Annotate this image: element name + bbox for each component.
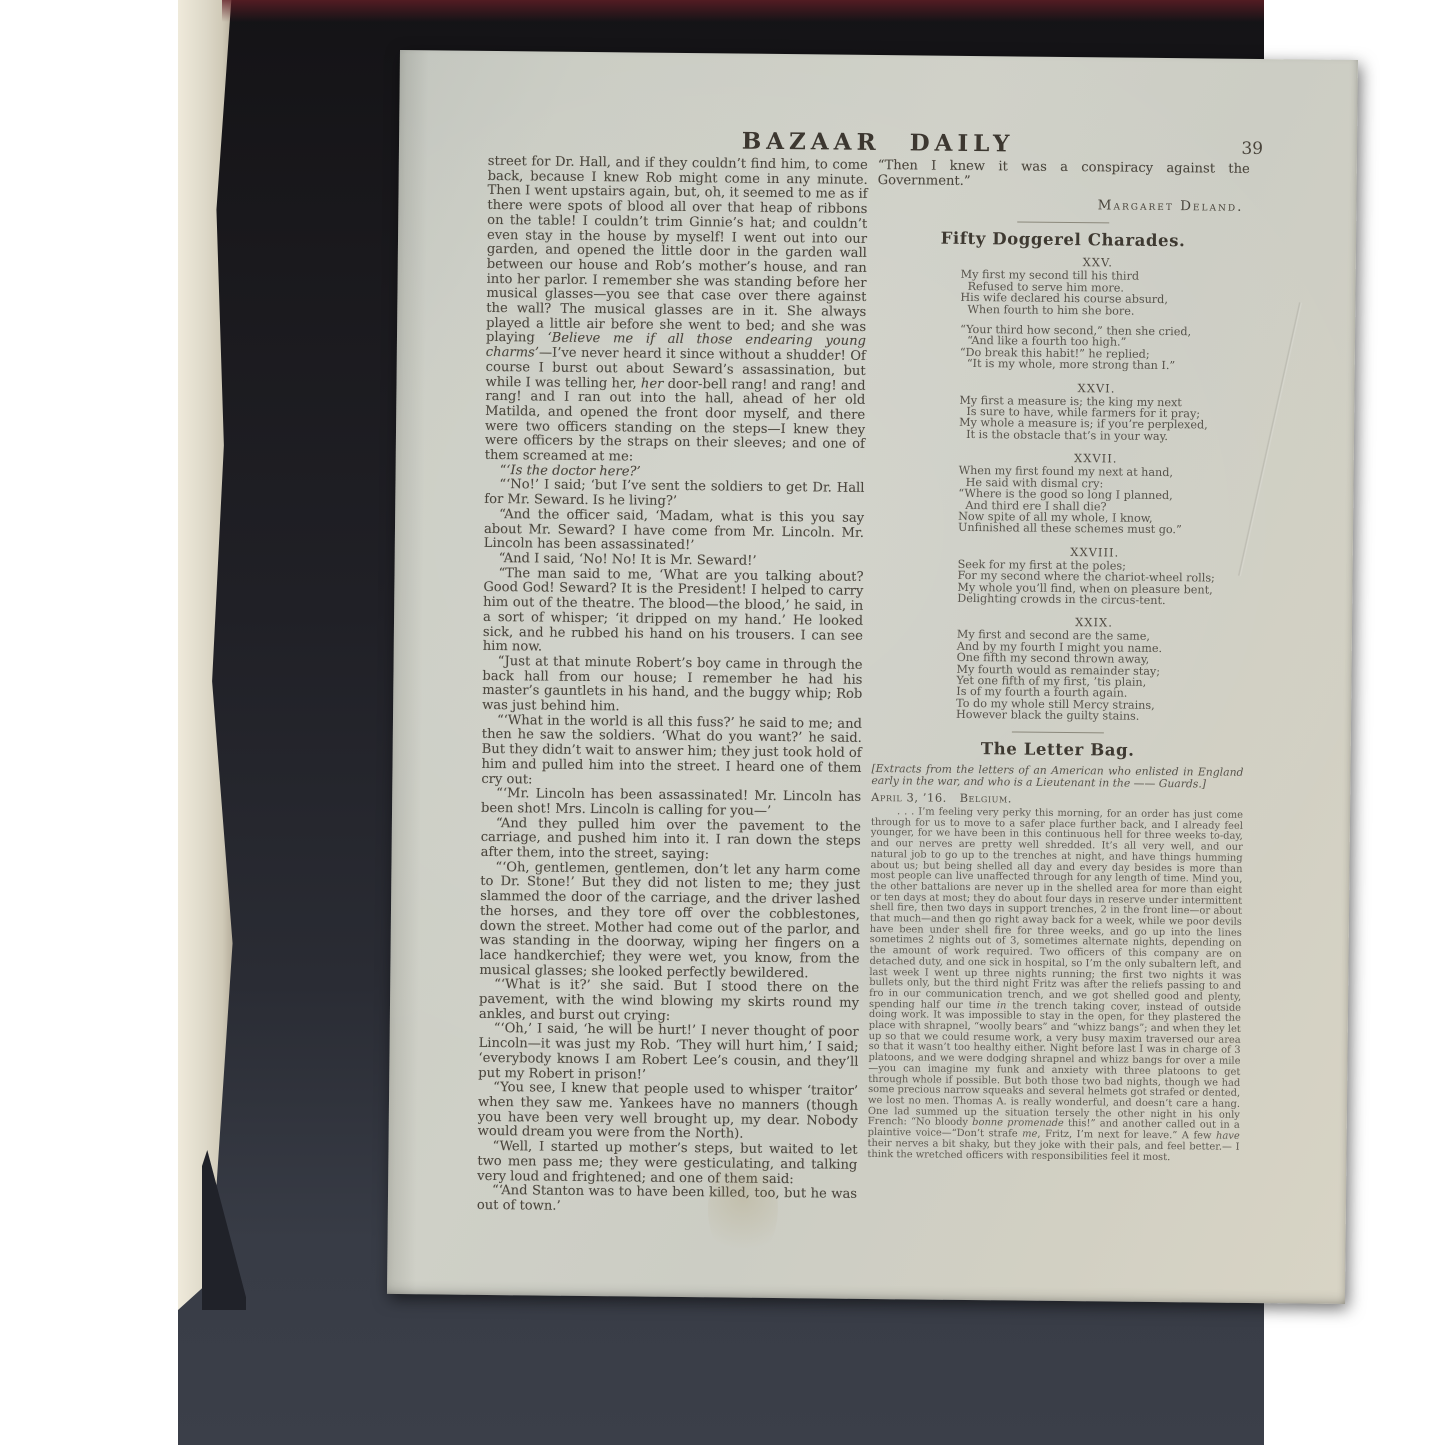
- letter-dateline: April 3, ’16. Belgium.: [871, 790, 1243, 808]
- story-paragraph: street for Dr. Hall, and if they couldn’…: [485, 155, 868, 468]
- letter-intro: [Extracts from the letters of an America…: [871, 763, 1243, 791]
- story-paragraph: “Just at that minute Robert’s boy came i…: [482, 655, 863, 718]
- charade-xxvii: XXVII.When my first found my next at han…: [874, 449, 1247, 536]
- verse-line: Unfinished all these schemes must go.”: [958, 522, 1246, 536]
- charades-heading: Fifty Doggerel Charades.: [877, 228, 1249, 251]
- charade-stanza: Seek for my first at the poles;For my se…: [957, 559, 1245, 608]
- verse-line: “It is my whole, more strong than I.”: [960, 358, 1248, 372]
- story-paragraph: “‘Oh,’ I said, ‘he will be hurt!’ I neve…: [478, 1022, 859, 1085]
- photo-background: BAZAAR DAILY 39 street for Dr. Hall, and…: [178, 0, 1264, 1445]
- story-paragraph: “And the officer said, ‘Madam, what is t…: [484, 508, 864, 556]
- charade-stanza: “Your third how second,” then she cried,…: [960, 324, 1248, 373]
- author-signature: Margaret Deland.: [877, 195, 1243, 215]
- left-column: street for Dr. Hall, and if they couldn’…: [477, 155, 868, 1218]
- verse-line: However black the guilty stains.: [956, 709, 1244, 723]
- paper-stain: [707, 1153, 778, 1264]
- magazine-page: BAZAAR DAILY 39 street for Dr. Hall, and…: [387, 50, 1358, 1304]
- story-paragraph: “Well, I started up mother’s steps, but …: [477, 1140, 857, 1188]
- story-paragraph: “The man said to me, ‘What are you talki…: [483, 567, 864, 659]
- continuation-paragraph: “Then I knew it was a conspiracy against…: [878, 159, 1250, 192]
- story-paragraph: “‘What in the world is all this fuss?’ h…: [481, 714, 862, 791]
- right-column: “Then I knew it was a conspiracy against…: [867, 159, 1250, 1221]
- story-paragraph: “‘And Stanton was to have been killed, t…: [477, 1184, 857, 1217]
- charades-list: XXV.My first my second till his third Re…: [872, 253, 1249, 723]
- story-paragraph: “You see, I knew that people used to whi…: [478, 1081, 859, 1144]
- verse-line: When fourth to him she bore.: [960, 304, 1248, 318]
- section-divider: [1017, 222, 1109, 224]
- underlying-page-edge: [178, 0, 240, 1310]
- charade-stanza: My first my second till his third Refuse…: [960, 269, 1248, 318]
- story-paragraph: “And they pulled him over the pavement t…: [481, 817, 861, 865]
- charade-stanza: When my first found my next at hand, He …: [958, 465, 1247, 536]
- letter-bag-heading: The Letter Bag.: [872, 738, 1244, 761]
- story-paragraph: “‘Oh, gentlemen, gentlemen, don’t let an…: [479, 861, 860, 983]
- charade-stanza: My first and second are the same,And by …: [956, 629, 1245, 723]
- charade-xxv: XXV.My first my second till his third Re…: [876, 253, 1249, 372]
- page-number: 39: [1241, 139, 1263, 159]
- text-columns: street for Dr. Hall, and if they couldn’…: [477, 155, 1250, 1222]
- page-gap-shadow: [202, 1150, 246, 1310]
- section-divider: [1012, 731, 1104, 733]
- story-paragraph: “‘What is it?’ she said. But I stood the…: [479, 978, 859, 1026]
- charade-xxviii: XXVIII.Seek for my first at the poles;Fo…: [873, 543, 1246, 608]
- charade-xxvi: XXVI.My first a measure is; the king my …: [875, 379, 1248, 444]
- charade-xxix: XXIX.My first and second are the same,An…: [872, 613, 1245, 723]
- letter-body: . . . I’m feeling very perky this mornin…: [867, 807, 1243, 1164]
- charade-stanza: My first a measure is; the king my next …: [959, 395, 1247, 444]
